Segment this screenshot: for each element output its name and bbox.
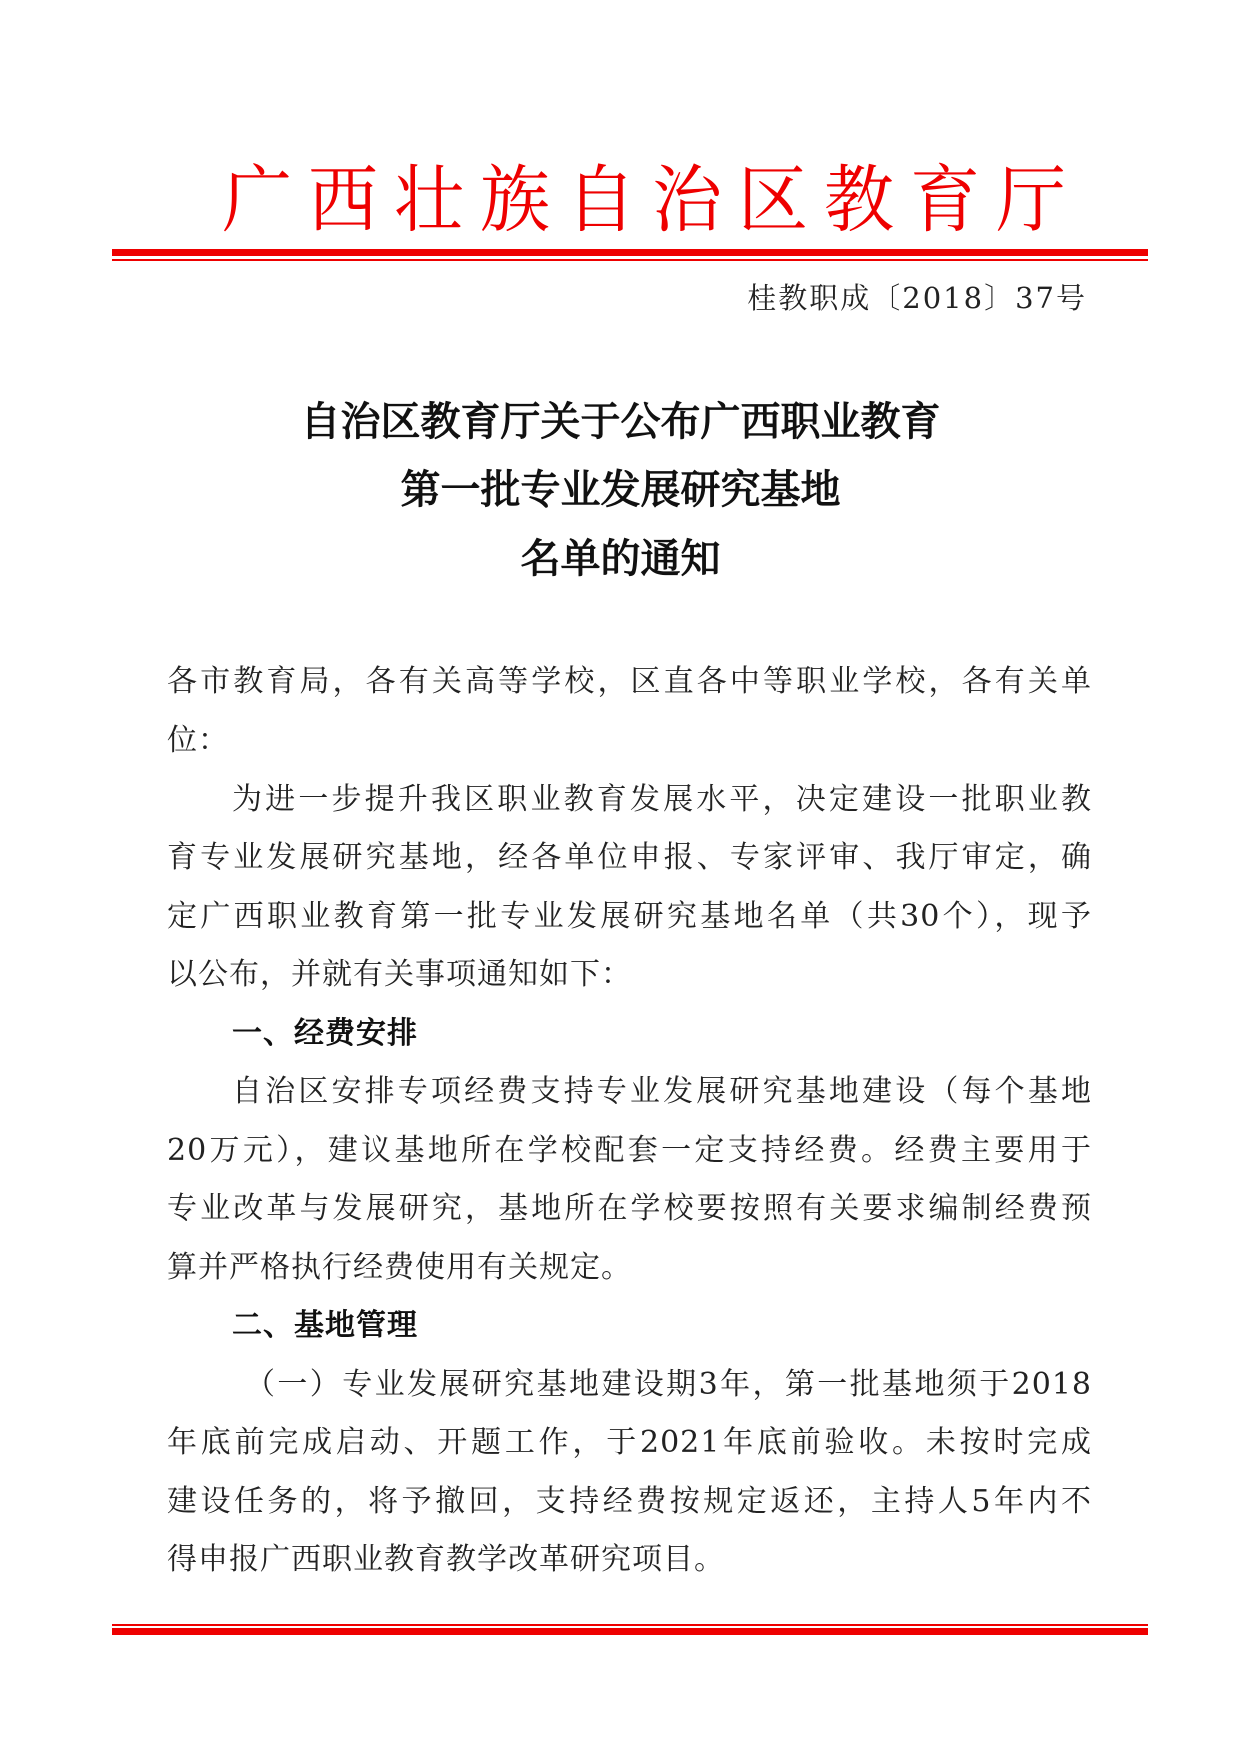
- section-heading-funding: 一、经费安排: [232, 1014, 418, 1054]
- rule-thick-line: [112, 1628, 1148, 1635]
- rule-thin-line: [112, 259, 1148, 261]
- title-line-3: 名单的通知: [0, 535, 1241, 583]
- addressee-line-2: 位：: [167, 721, 1092, 761]
- document-number: 桂教职成〔2018〕37号: [747, 278, 1087, 318]
- section-heading-management: 二、基地管理: [232, 1306, 418, 1346]
- title-line-2: 第一批专业发展研究基地: [0, 466, 1241, 514]
- document-page: 广西壮族自治区教育厅 桂教职成〔2018〕37号 自治区教育厅关于公布广西职业教…: [0, 0, 1241, 1754]
- management-line-4: 得申报广西职业教育教学改革研究项目。: [167, 1540, 1092, 1580]
- intro-line-4: 以公布，并就有关事项通知如下：: [167, 955, 1092, 995]
- letterhead-agency-name: 广西壮族自治区教育厅: [222, 158, 1012, 242]
- management-line-1: （一）专业发展研究基地建设期3年，第一批基地须于2018: [245, 1365, 1092, 1405]
- addressee-line-1: 各市教育局，各有关高等学校，区直各中等职业学校，各有关单: [167, 662, 1092, 702]
- funding-line-2: 20万元），建议基地所在学校配套一定支持经费。经费主要用于: [167, 1131, 1092, 1171]
- rule-thin-line: [112, 1624, 1148, 1626]
- management-line-3: 建设任务的，将予撤回，支持经费按规定返还，主持人5年内不: [167, 1482, 1092, 1522]
- letterhead-top-rule: [112, 249, 1148, 263]
- footer-rule: [112, 1624, 1148, 1638]
- intro-line-2: 育专业发展研究基地，经各单位申报、专家评审、我厅审定，确: [167, 838, 1092, 878]
- intro-line-3: 定广西职业教育第一批专业发展研究基地名单（共30个），现予: [167, 897, 1092, 937]
- title-line-1: 自治区教育厅关于公布广西职业教育: [0, 398, 1241, 446]
- funding-line-3: 专业改革与发展研究，基地所在学校要按照有关要求编制经费预: [167, 1189, 1092, 1229]
- funding-line-1: 自治区安排专项经费支持专业发展研究基地建设（每个基地: [232, 1072, 1092, 1112]
- rule-thick-line: [112, 249, 1148, 256]
- intro-line-1: 为进一步提升我区职业教育发展水平，决定建设一批职业教: [232, 780, 1092, 820]
- management-line-2: 年底前完成启动、开题工作，于2021年底前验收。未按时完成: [167, 1423, 1092, 1463]
- funding-line-4: 算并严格执行经费使用有关规定。: [167, 1248, 1092, 1288]
